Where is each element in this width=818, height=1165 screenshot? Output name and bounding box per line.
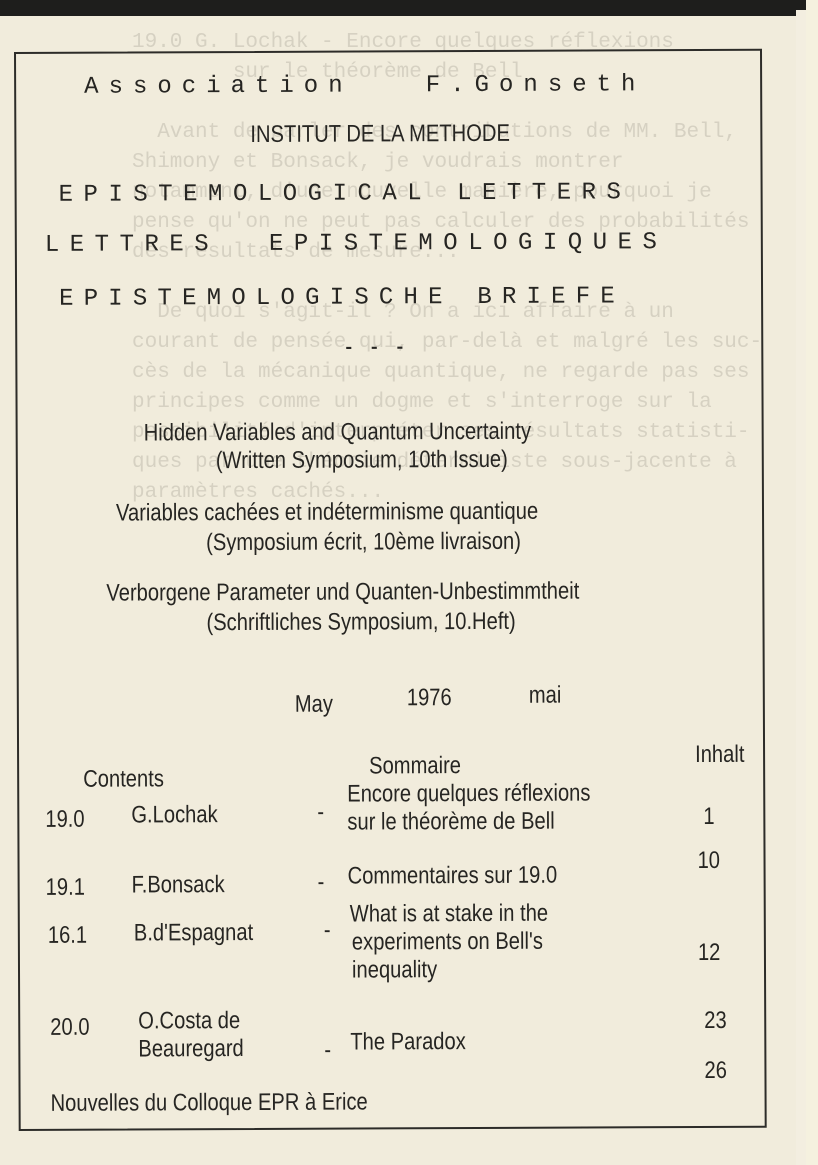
entry-number: 19.0	[45, 806, 92, 834]
entry-dash: -	[324, 917, 332, 945]
news-title: Nouvelles du Colloque EPR à Erice	[51, 1088, 429, 1118]
date-year: 1976	[369, 666, 461, 730]
date-month-en: May	[257, 673, 341, 737]
entry-page: 12	[698, 939, 725, 967]
entry-dash: -	[318, 869, 326, 897]
entry-page: 10	[697, 847, 724, 875]
entry-page: 1	[703, 803, 716, 831]
entry-title-line1: Encore quelques réflexions	[347, 779, 637, 808]
entry-number: 20.0	[50, 1014, 97, 1042]
issue-german-sub: (Schriftliches Symposium, 10.Heft)	[168, 590, 575, 656]
entry-title-line1: What is at stake in the	[350, 900, 586, 929]
entry-title-line1: Commentaires sur 19.0	[348, 861, 598, 890]
contents-header-de: Inhalt	[657, 723, 754, 787]
institute-name: INSTITUT DE LA METHODE	[212, 102, 560, 168]
entry-title-line1: The Paradox	[350, 1028, 488, 1057]
title-english: EPISTEMOLOGICAL LETTERS	[59, 179, 632, 208]
entry-author: F.Bonsack	[132, 871, 243, 899]
entry-number: 16.1	[48, 922, 95, 950]
entry-page: 23	[704, 1007, 731, 1035]
entry-author: O.Costa de	[138, 1007, 260, 1036]
entry-author: G.Lochak	[131, 801, 234, 829]
title-french: LETTRES EPISTEMOLOGIQUES	[45, 229, 668, 259]
entry-dash: -	[317, 799, 325, 827]
entry-title-line3: inequality	[352, 956, 454, 984]
cover-frame: Association F.Gonseth INSTITUT DE LA MET…	[14, 49, 767, 1131]
entry-author: B.d'Espagnat	[134, 919, 276, 948]
entry-number: 19.1	[46, 874, 93, 902]
date-month-fr: mai	[491, 664, 568, 728]
association-name: Association F.Gonseth	[84, 71, 645, 100]
entry-title-line2: sur le théorème de Bell	[347, 807, 594, 836]
title-german: EPISTEMOLOGISCHE BRIEFE	[59, 283, 625, 312]
entry-dash: -	[324, 1037, 332, 1065]
entry-author-line2: Beauregard	[138, 1035, 264, 1064]
next-page-strip	[806, 0, 818, 1165]
entry-title-line2: experiments on Bell's	[352, 928, 579, 957]
separator: - - -	[343, 338, 407, 358]
news-page: 26	[704, 1057, 731, 1085]
